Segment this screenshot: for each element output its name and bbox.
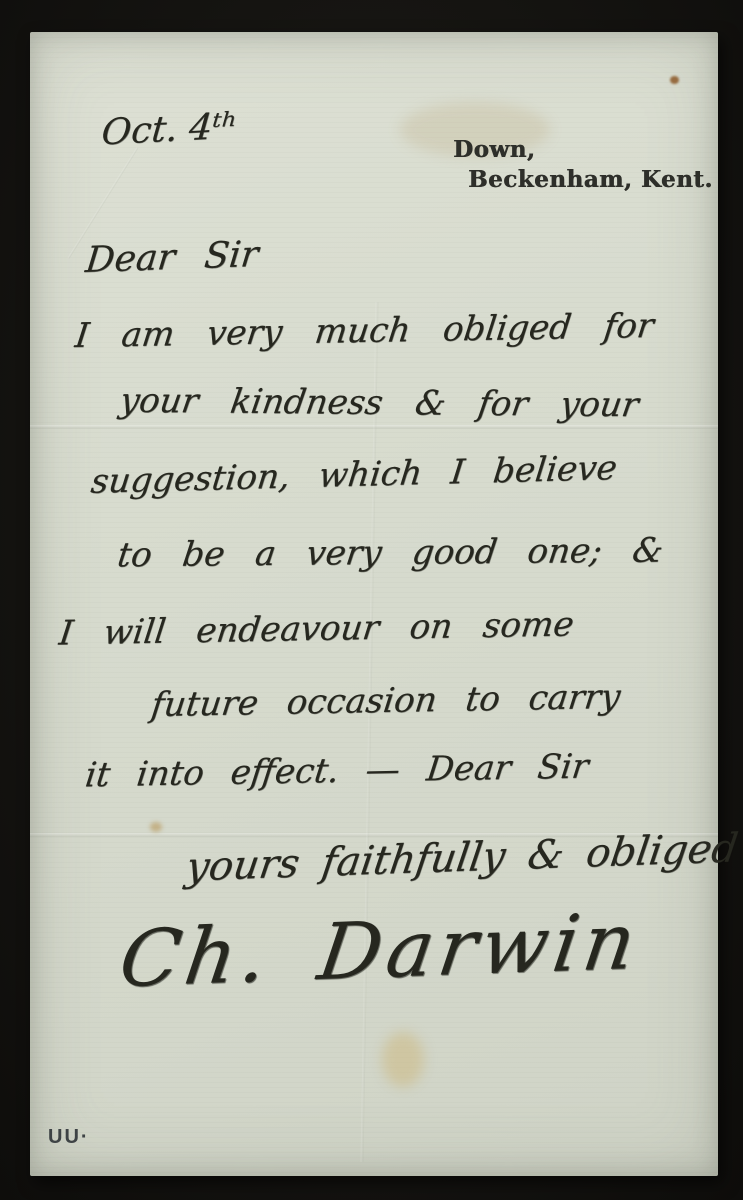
letterhead: Down, Beckenham, Kent. [453,136,713,193]
fold-crease-vertical [360,302,378,1162]
letter-date: Oct. 4ᵗʰ [100,109,238,152]
letterhead-line1: Down, [453,136,713,163]
body-line-2: your kindness & for your [118,384,641,423]
stain [670,76,679,84]
archive-mark: UU· [48,1126,90,1149]
signature: Ch. Darwin [115,903,645,999]
body-line-3: suggestion, which I believe [89,451,619,499]
body-line-6: future occasion to carry [149,680,622,722]
salutation: Dear Sir [84,237,260,279]
body-line-1: I am very much obliged for [73,309,655,353]
body-line-7: it into effect. — Dear Sir [83,750,590,793]
body-line-4: to be a very good one; & [115,534,665,573]
body-line-5: I will endeavour on some [57,608,575,651]
stain [382,1032,424,1087]
closing: yours faithfully & obliged [184,828,741,887]
letter-photo: Down, Beckenham, Kent. Oct. 4ᵗʰ Dear Sir… [0,0,743,1200]
letterhead-line2: Beckenham, Kent. [468,166,713,193]
letter-paper: Down, Beckenham, Kent. Oct. 4ᵗʰ Dear Sir… [30,32,718,1176]
stain [150,822,162,832]
